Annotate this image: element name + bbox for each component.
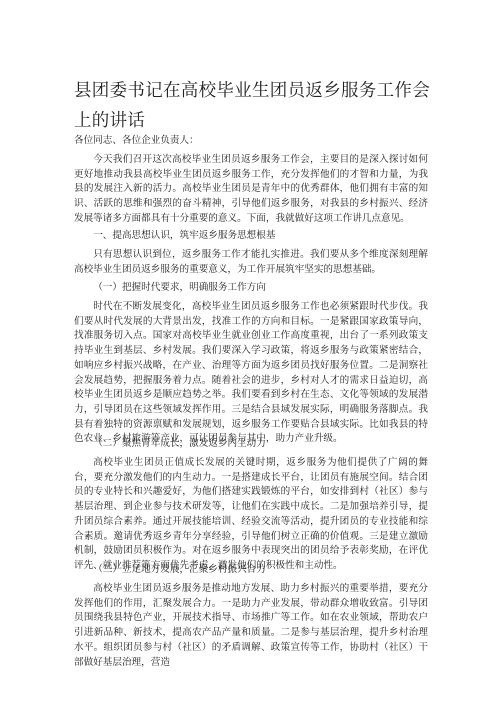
section-1-lead-paragraph: 只有思想认识到位，返乡服务工作才能扎实推进。我们要从多个维度深刻理解高校毕业生团… <box>74 248 428 277</box>
subsection-1: （一）把握时代要求，明确服务工作方向 <box>74 281 428 296</box>
subsection-1-body: 时代在不断发展变化，高校毕业生团员返乡服务工作也必须紧跟时代步伐。我们要从时代发… <box>74 300 428 447</box>
subsection-1-heading: （一）把握时代要求，明确服务工作方向 <box>74 281 428 296</box>
section-1-lead: 只有思想认识到位，返乡服务工作才能扎实推进。我们要从多个维度深刻理解高校毕业生团… <box>74 248 428 277</box>
intro-paragraph: 今天我们召开这次高校毕业生团员返乡服务工作会，主要目的是深入探讨如何更好地推动我… <box>74 153 428 227</box>
section-1: 一、提高思想认识，筑牢返乡服务思想根基 <box>74 229 428 244</box>
subsection-2-heading: （二）聚焦青年成长，激发返乡内生动力 <box>74 437 428 452</box>
subsection-3-paragraph: 高校毕业生团员返乡服务是推动地方发展、助力乡村振兴的重要举措，要充分发挥他们的作… <box>74 582 428 670</box>
subsection-3-heading: （三）立足地方发展，汇聚乡村振兴合力 <box>74 563 428 578</box>
subsection-3: （三）立足地方发展，汇聚乡村振兴合力 <box>74 563 428 578</box>
section-1-heading: 一、提高思想认识，筑牢返乡服务思想根基 <box>74 229 428 244</box>
subsection-2-paragraph: 高校毕业生团员正值成长发展的关键时期，返乡服务为他们提供了广阔的舞台，要充分激发… <box>74 456 428 574</box>
intro-section: 今天我们召开这次高校毕业生团员返乡服务工作会，主要目的是深入探讨如何更好地推动我… <box>74 153 428 227</box>
subsection-2: （二）聚焦青年成长，激发返乡内生动力 <box>74 437 428 452</box>
subsection-2-body: 高校毕业生团员正值成长发展的关键时期，返乡服务为他们提供了广阔的舞台，要充分激发… <box>74 456 428 574</box>
document-title: 县团委书记在高校毕业生团员返乡服务工作会上的讲话 <box>74 76 434 136</box>
salutation: 各位同志、各位企业负责人： <box>74 134 199 148</box>
subsection-3-body: 高校毕业生团员返乡服务是推动地方发展、助力乡村振兴的重要举措，要充分发挥他们的作… <box>74 582 428 670</box>
subsection-1-paragraph: 时代在不断发展变化，高校毕业生团员返乡服务工作也必须紧跟时代步伐。我们要从时代发… <box>74 300 428 447</box>
